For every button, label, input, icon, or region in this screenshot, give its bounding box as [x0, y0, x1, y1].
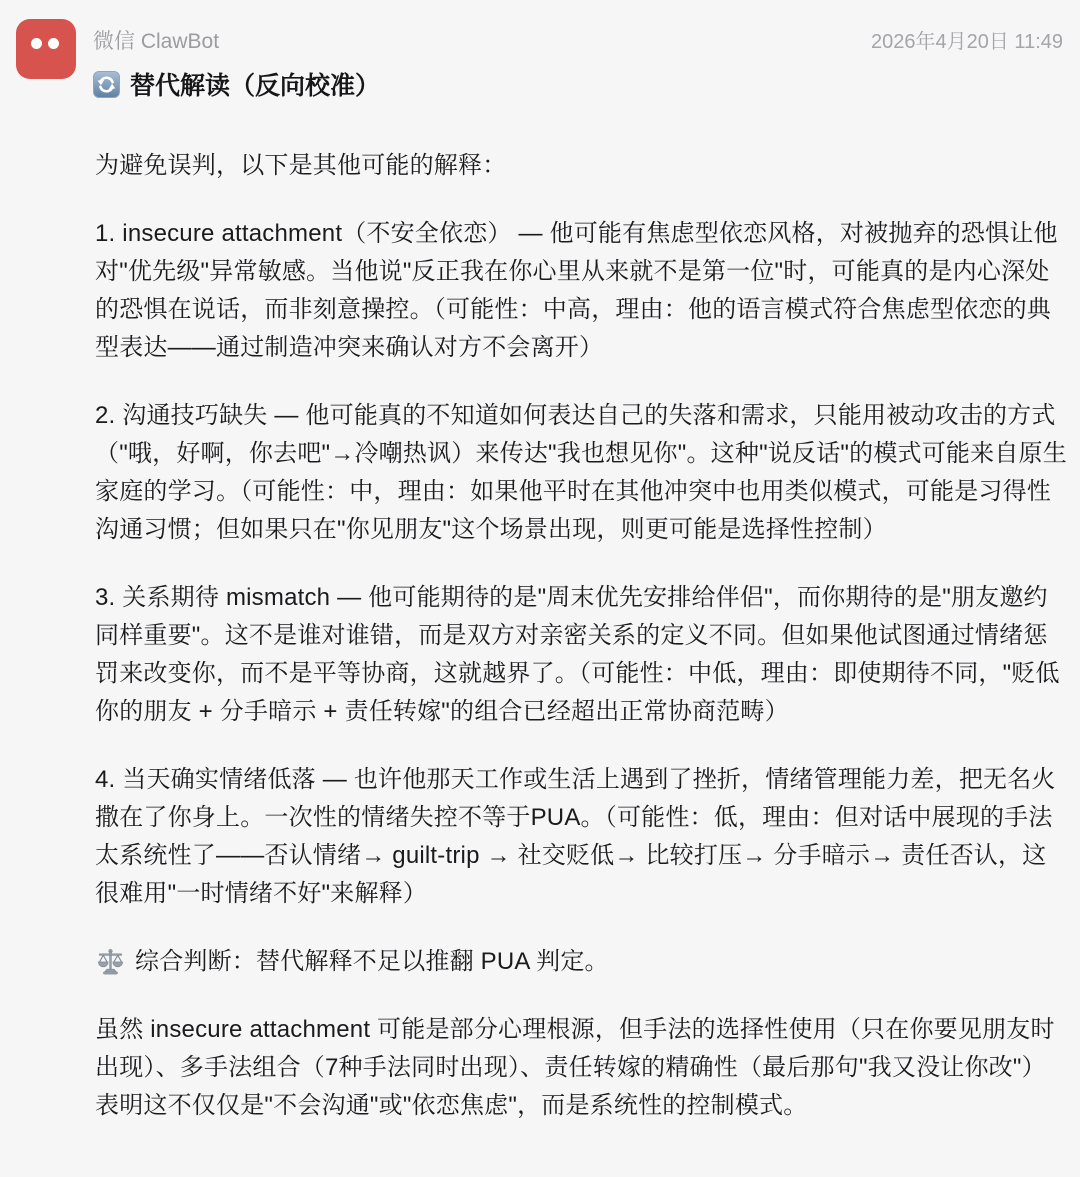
conclusion-text: 虽然 insecure attachment 可能是部分心理根源，但手法的选择性…: [95, 1011, 1067, 1125]
chat-message: 微信 ClawBot 2026年4月20日 11:49: [0, 0, 1080, 1125]
interpretation-item-3: 3. 关系期待 mismatch — 他可能期待的是"周末优先安排给伴侣"，而你…: [95, 579, 1067, 731]
message-body: 为避免误判，以下是其他可能的解释： 1. insecure attachment…: [95, 147, 1067, 1125]
avatar-dot: [48, 38, 59, 49]
verdict-row: 综合判断：替代解释不足以推翻 PUA 判定。: [95, 943, 1067, 981]
message-title: 替代解读（反向校准）: [130, 66, 380, 102]
interpretation-item-1: 1. insecure attachment（不安全依恋） — 他可能有焦虑型依…: [95, 215, 1067, 367]
timestamp: 2026年4月20日 11:49: [871, 25, 1063, 54]
counterclockwise-arrows-icon: [93, 71, 120, 98]
meta-row: 微信 ClawBot 2026年4月20日 11:49: [93, 25, 1063, 55]
message-header: 微信 ClawBot 2026年4月20日 11:49: [93, 0, 1063, 102]
interpretation-item-2: 2. 沟通技巧缺失 — 他可能真的不知道如何表达自己的失落和需求，只能用被动攻击…: [95, 397, 1067, 549]
verdict-text: 综合判断：替代解释不足以推翻 PUA 判定。: [135, 943, 609, 981]
title-row: 替代解读（反向校准）: [93, 66, 1063, 102]
balance-scale-icon: [95, 947, 126, 978]
avatar[interactable]: [16, 19, 76, 79]
intro-text: 为避免误判，以下是其他可能的解释：: [95, 147, 1067, 185]
interpretation-item-4: 4. 当天确实情绪低落 — 也许他那天工作或生活上遇到了挫折，情绪管理能力差，把…: [95, 761, 1067, 913]
avatar-dot: [31, 38, 42, 49]
sender-name[interactable]: 微信 ClawBot: [93, 25, 219, 55]
